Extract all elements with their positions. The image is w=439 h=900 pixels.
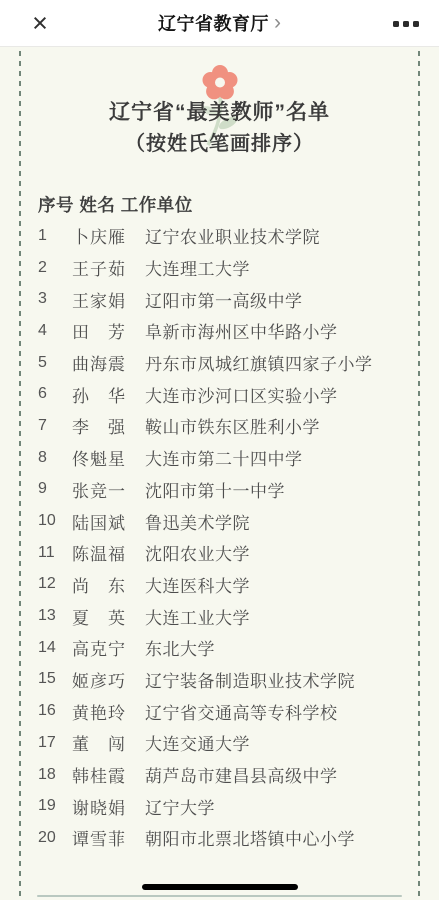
table-row: 12 尚 东 大连医科大学 (38, 569, 409, 601)
home-indicator[interactable] (142, 884, 298, 890)
work-unit: 丹东市凤城红旗镇四家子小学 (145, 350, 409, 375)
row-number: 1 (38, 227, 72, 245)
table-row: 3 王家娟 辽阳市第一高级中学 (38, 283, 409, 315)
table-row: 1 卜庆雁 辽宁农业职业技术学院 (38, 220, 409, 252)
work-unit: 沈阳农业大学 (145, 540, 409, 565)
right-dashed-border (418, 51, 420, 900)
teacher-name: 尚 东 (72, 572, 145, 597)
row-number: 11 (38, 544, 72, 562)
row-number: 2 (38, 259, 72, 277)
table-row: 2 王子茹 大连理工大学 (38, 252, 409, 284)
table-row: 4 田 芳 阜新市海州区中华路小学 (38, 315, 409, 347)
row-number: 17 (38, 734, 72, 752)
table-row: 17 董 闯 大连交通大学 (38, 727, 409, 759)
row-number: 6 (38, 385, 72, 403)
work-unit: 大连市沙河口区实验小学 (145, 382, 409, 407)
teacher-name: 韩桂霞 (72, 762, 145, 787)
teacher-name: 王子茹 (72, 255, 145, 280)
work-unit: 辽阳市第一高级中学 (145, 287, 409, 312)
table-row: 19 谢晓娟 辽宁大学 (38, 790, 409, 822)
chevron-right-icon: › (274, 12, 281, 35)
row-number: 3 (38, 290, 72, 308)
teacher-name: 黄艳玲 (72, 699, 145, 724)
row-number: 16 (38, 702, 72, 720)
work-unit: 朝阳市北票北塔镇中心小学 (145, 825, 409, 850)
row-number: 9 (38, 480, 72, 498)
table-row: 20 谭雪菲 朝阳市北票北塔镇中心小学 (38, 822, 409, 854)
table-row: 14 高克宁 东北大学 (38, 632, 409, 664)
bottom-divider (37, 895, 402, 897)
work-unit: 沈阳市第十一中学 (145, 477, 409, 502)
table-row: 9 张竞一 沈阳市第十一中学 (38, 474, 409, 506)
row-number: 14 (38, 639, 72, 657)
teacher-name: 曲海震 (72, 350, 145, 375)
account-title-link[interactable]: 辽宁省教育厅 › (158, 10, 281, 36)
close-icon[interactable]: × (22, 0, 58, 47)
work-unit: 辽宁省交通高等专科学校 (145, 699, 409, 724)
row-number: 10 (38, 512, 72, 530)
table-body: 1 卜庆雁 辽宁农业职业技术学院 2 王子茹 大连理工大学 3 王家娟 辽阳市第… (38, 220, 409, 854)
teacher-name: 田 芳 (72, 318, 145, 343)
table-row: 11 陈温福 沈阳农业大学 (38, 537, 409, 569)
row-number: 5 (38, 354, 72, 372)
work-unit: 大连工业大学 (145, 604, 409, 629)
article-page: 辽宁省“最美教师”名单 （按姓氏笔画排序） 序号 姓名 工作单位 1 卜庆雁 辽… (0, 47, 439, 900)
teacher-name: 孙 华 (72, 382, 145, 407)
teacher-name: 谭雪菲 (72, 825, 145, 850)
teacher-name: 张竞一 (72, 477, 145, 502)
teacher-name: 佟魁星 (72, 445, 145, 470)
work-unit: 大连交通大学 (145, 730, 409, 755)
navbar: × 辽宁省教育厅 › (0, 0, 439, 47)
work-unit: 鲁迅美术学院 (145, 509, 409, 534)
table-row: 13 夏 英 大连工业大学 (38, 600, 409, 632)
table-row: 8 佟魁星 大连市第二十四中学 (38, 442, 409, 474)
work-unit: 辽宁农业职业技术学院 (145, 223, 409, 248)
table-row: 6 孙 华 大连市沙河口区实验小学 (38, 378, 409, 410)
work-unit: 辽宁装备制造职业技术学院 (145, 667, 409, 692)
table-row: 16 黄艳玲 辽宁省交通高等专科学校 (38, 695, 409, 727)
row-number: 4 (38, 322, 72, 340)
article-subtitle: （按姓氏笔画排序） (0, 130, 439, 158)
article-title: 辽宁省“最美教师”名单 (0, 99, 439, 127)
row-number: 12 (38, 575, 72, 593)
teacher-name: 谢晓娟 (72, 794, 145, 819)
row-number: 7 (38, 417, 72, 435)
account-name: 辽宁省教育厅 (158, 10, 269, 36)
teacher-name: 高克宁 (72, 635, 145, 660)
teacher-name: 姬彦巧 (72, 667, 145, 692)
teacher-name: 夏 英 (72, 604, 145, 629)
work-unit: 大连医科大学 (145, 572, 409, 597)
table-row: 18 韩桂霞 葫芦岛市建昌县高级中学 (38, 759, 409, 791)
row-number: 19 (38, 797, 72, 815)
work-unit: 大连理工大学 (145, 255, 409, 280)
teacher-name: 王家娟 (72, 287, 145, 312)
teacher-name: 董 闯 (72, 730, 145, 755)
table-header: 序号 姓名 工作单位 (38, 188, 409, 220)
teacher-name: 陆国斌 (72, 509, 145, 534)
teacher-name: 陈温福 (72, 540, 145, 565)
table-row: 10 陆国斌 鲁迅美术学院 (38, 505, 409, 537)
teacher-table: 序号 姓名 工作单位 1 卜庆雁 辽宁农业职业技术学院 2 王子茹 大连理工大学… (0, 188, 439, 854)
table-row: 15 姬彦巧 辽宁装备制造职业技术学院 (38, 664, 409, 696)
flower-decoration (0, 47, 439, 97)
work-unit: 大连市第二十四中学 (145, 445, 409, 470)
row-number: 13 (38, 607, 72, 625)
teacher-name: 李 强 (72, 413, 145, 438)
row-number: 8 (38, 449, 72, 467)
row-number: 15 (38, 670, 72, 688)
table-row: 5 曲海震 丹东市凤城红旗镇四家子小学 (38, 347, 409, 379)
work-unit: 葫芦岛市建昌县高级中学 (145, 762, 409, 787)
left-dashed-border (19, 51, 21, 900)
table-row: 7 李 强 鞍山市铁东区胜利小学 (38, 410, 409, 442)
work-unit: 鞍山市铁东区胜利小学 (145, 413, 409, 438)
row-number: 18 (38, 766, 72, 784)
work-unit: 阜新市海州区中华路小学 (145, 318, 409, 343)
teacher-name: 卜庆雁 (72, 223, 145, 248)
more-icon[interactable] (393, 0, 419, 47)
work-unit: 东北大学 (145, 635, 409, 660)
row-number: 20 (38, 829, 72, 847)
work-unit: 辽宁大学 (145, 794, 409, 819)
